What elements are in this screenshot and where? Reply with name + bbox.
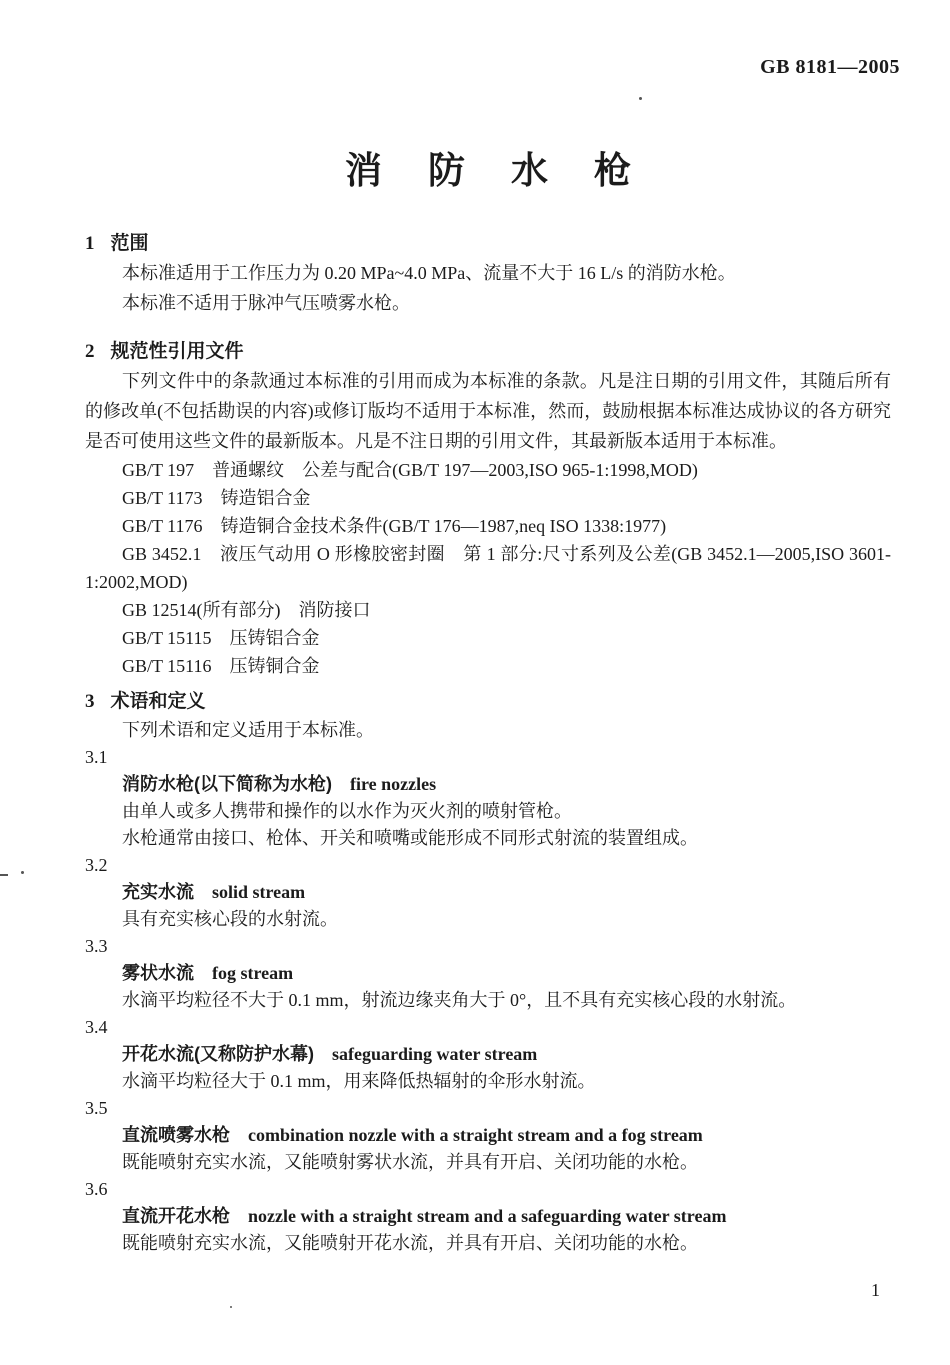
document-page: GB 8181—2005 消防水枪 1范围 本标准适用于工作压力为 0.20 M… (0, 0, 950, 1365)
scan-speck (230, 1306, 232, 1308)
term-english: fire nozzles (350, 774, 436, 794)
term-chinese: 开花水流(又称防护水幕) (122, 1044, 314, 1064)
term-title: 消防水枪(以下简称为水枪)fire nozzles (85, 771, 891, 798)
term-chinese: 消防水枪(以下简称为水枪) (122, 774, 332, 794)
document-title: 消防水枪 (85, 140, 891, 194)
term-chinese: 雾状水流 (122, 963, 194, 983)
term-title: 直流喷雾水枪combination nozzle with a straight… (85, 1122, 891, 1149)
term-english: nozzle with a straight stream and a safe… (248, 1206, 726, 1226)
term-definition: 既能喷射充实水流，又能喷射开花水流，并具有开启、关闭功能的水枪。 (85, 1230, 891, 1257)
term-definition: 由单人或多人携带和操作的以水作为灭火剂的喷射管枪。 (85, 798, 891, 825)
section-3-heading: 3术语和定义 (85, 688, 891, 716)
term-3-4: 3.4 开花水流(又称防护水幕)safeguarding water strea… (85, 1014, 891, 1095)
section-1-number: 1 (85, 233, 95, 254)
scope-paragraph-1: 本标准适用于工作压力为 0.20 MPa~4.0 MPa、流量不大于 16 L/… (85, 258, 891, 288)
reference-item: GB/T 1176 铸造铜合金技术条件(GB/T 176—1987,neq IS… (85, 512, 891, 540)
reference-item: GB 3452.1 液压气动用 O 形橡胶密封圈 第 1 部分:尺寸系列及公差(… (85, 540, 891, 596)
reference-item: GB/T 15115 压铸铝合金 (85, 624, 891, 652)
document-title-text: 消防水枪 (345, 150, 677, 191)
term-number: 3.6 (85, 1176, 891, 1203)
page-number: 1 (871, 1280, 880, 1301)
term-3-2: 3.2 充实水流solid stream 具有充实核心段的水射流。 (85, 852, 891, 933)
term-3-3: 3.3 雾状水流fog stream 水滴平均粒径不大于 0.1 mm，射流边缘… (85, 933, 891, 1014)
section-2-heading: 2规范性引用文件 (85, 338, 891, 366)
term-number: 3.2 (85, 852, 891, 879)
term-chinese: 直流开花水枪 (122, 1206, 230, 1226)
term-title: 开花水流(又称防护水幕)safeguarding water stream (85, 1041, 891, 1068)
term-english: combination nozzle with a straight strea… (248, 1125, 703, 1145)
document-body: 1范围 本标准适用于工作压力为 0.20 MPa~4.0 MPa、流量不大于 1… (85, 230, 891, 1257)
term-number: 3.4 (85, 1014, 891, 1041)
section-2-title: 规范性引用文件 (111, 341, 244, 362)
term-definition: 水滴平均粒径大于 0.1 mm，用来降低热辐射的伞形水射流。 (85, 1068, 891, 1095)
reference-item: GB/T 1173 铸造铝合金 (85, 484, 891, 512)
reference-item: GB/T 15116 压铸铜合金 (85, 652, 891, 680)
scope-paragraph-2: 本标准不适用于脉冲气压喷雾水枪。 (85, 288, 891, 318)
scan-speck (0, 874, 8, 876)
term-number: 3.3 (85, 933, 891, 960)
term-number: 3.1 (85, 744, 891, 771)
term-definition: 水枪通常由接口、枪体、开关和喷嘴或能形成不同形式射流的装置组成。 (85, 825, 891, 852)
scan-speck (21, 871, 24, 874)
term-english: safeguarding water stream (332, 1044, 537, 1064)
term-definition: 水滴平均粒径不大于 0.1 mm，射流边缘夹角大于 0°，且不具有充实核心段的水… (85, 987, 891, 1014)
standard-code: GB 8181—2005 (760, 56, 900, 79)
term-definition: 具有充实核心段的水射流。 (85, 906, 891, 933)
section-1-title: 范围 (111, 233, 149, 254)
term-english: solid stream (212, 882, 305, 902)
terms-intro: 下列术语和定义适用于本标准。 (85, 716, 891, 744)
section-3-title: 术语和定义 (111, 691, 206, 712)
term-chinese: 直流喷雾水枪 (122, 1125, 230, 1145)
term-chinese: 充实水流 (122, 882, 194, 902)
reference-item: GB/T 197 普通螺纹 公差与配合(GB/T 197—2003,ISO 96… (85, 456, 891, 484)
term-3-5: 3.5 直流喷雾水枪combination nozzle with a stra… (85, 1095, 891, 1176)
reference-list: GB/T 197 普通螺纹 公差与配合(GB/T 197—2003,ISO 96… (85, 456, 891, 680)
term-title: 直流开花水枪nozzle with a straight stream and … (85, 1203, 891, 1230)
reference-item: GB 12514(所有部分) 消防接口 (85, 596, 891, 624)
term-number: 3.5 (85, 1095, 891, 1122)
section-2-number: 2 (85, 341, 95, 362)
scan-speck (639, 97, 642, 100)
terms-list: 3.1 消防水枪(以下简称为水枪)fire nozzles 由单人或多人携带和操… (85, 744, 891, 1257)
term-3-1: 3.1 消防水枪(以下简称为水枪)fire nozzles 由单人或多人携带和操… (85, 744, 891, 852)
term-3-6: 3.6 直流开花水枪nozzle with a straight stream … (85, 1176, 891, 1257)
section-3-number: 3 (85, 691, 95, 712)
references-intro: 下列文件中的条款通过本标准的引用而成为本标准的条款。凡是注日期的引用文件，其随后… (85, 366, 891, 456)
term-english: fog stream (212, 963, 293, 983)
section-1-heading: 1范围 (85, 230, 891, 258)
term-definition: 既能喷射充实水流，又能喷射雾状水流，并具有开启、关闭功能的水枪。 (85, 1149, 891, 1176)
term-title: 雾状水流fog stream (85, 960, 891, 987)
term-title: 充实水流solid stream (85, 879, 891, 906)
